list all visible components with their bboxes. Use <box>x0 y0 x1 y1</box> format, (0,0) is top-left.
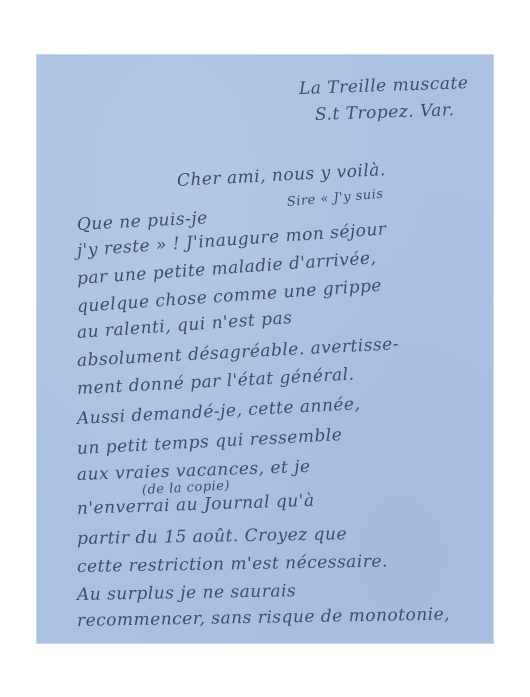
letter-line: ment donné par l'état général. <box>76 364 354 399</box>
letter-insertion: Sire « J'y suis <box>286 187 384 210</box>
letter-line: partir du 15 août. Croyez que <box>77 524 347 549</box>
letter-line: un petit temps qui ressemble <box>76 425 342 459</box>
letter-line: n'enverrai au Journal qu'à <box>77 491 315 519</box>
letter-line: Aussi demandé-je, cette année, <box>76 394 360 429</box>
letter-line: Au surplus je ne saurais <box>77 581 297 605</box>
address-line-2: S.t Tropez. Var. <box>315 100 455 125</box>
letter-paper: La Treille muscate S.t Tropez. Var. Cher… <box>37 55 493 643</box>
address-line-1: La Treille muscate <box>299 73 469 99</box>
letter-line: recommencer, sans risque de monotonie, <box>77 604 450 631</box>
letter-line: Cher ami, nous y voilà. <box>176 160 386 191</box>
scan-canvas: La Treille muscate S.t Tropez. Var. Cher… <box>0 0 530 697</box>
letter-line: cette restriction m'est nécessaire. <box>77 552 388 577</box>
letter-line: Que ne puis-je <box>76 208 208 235</box>
